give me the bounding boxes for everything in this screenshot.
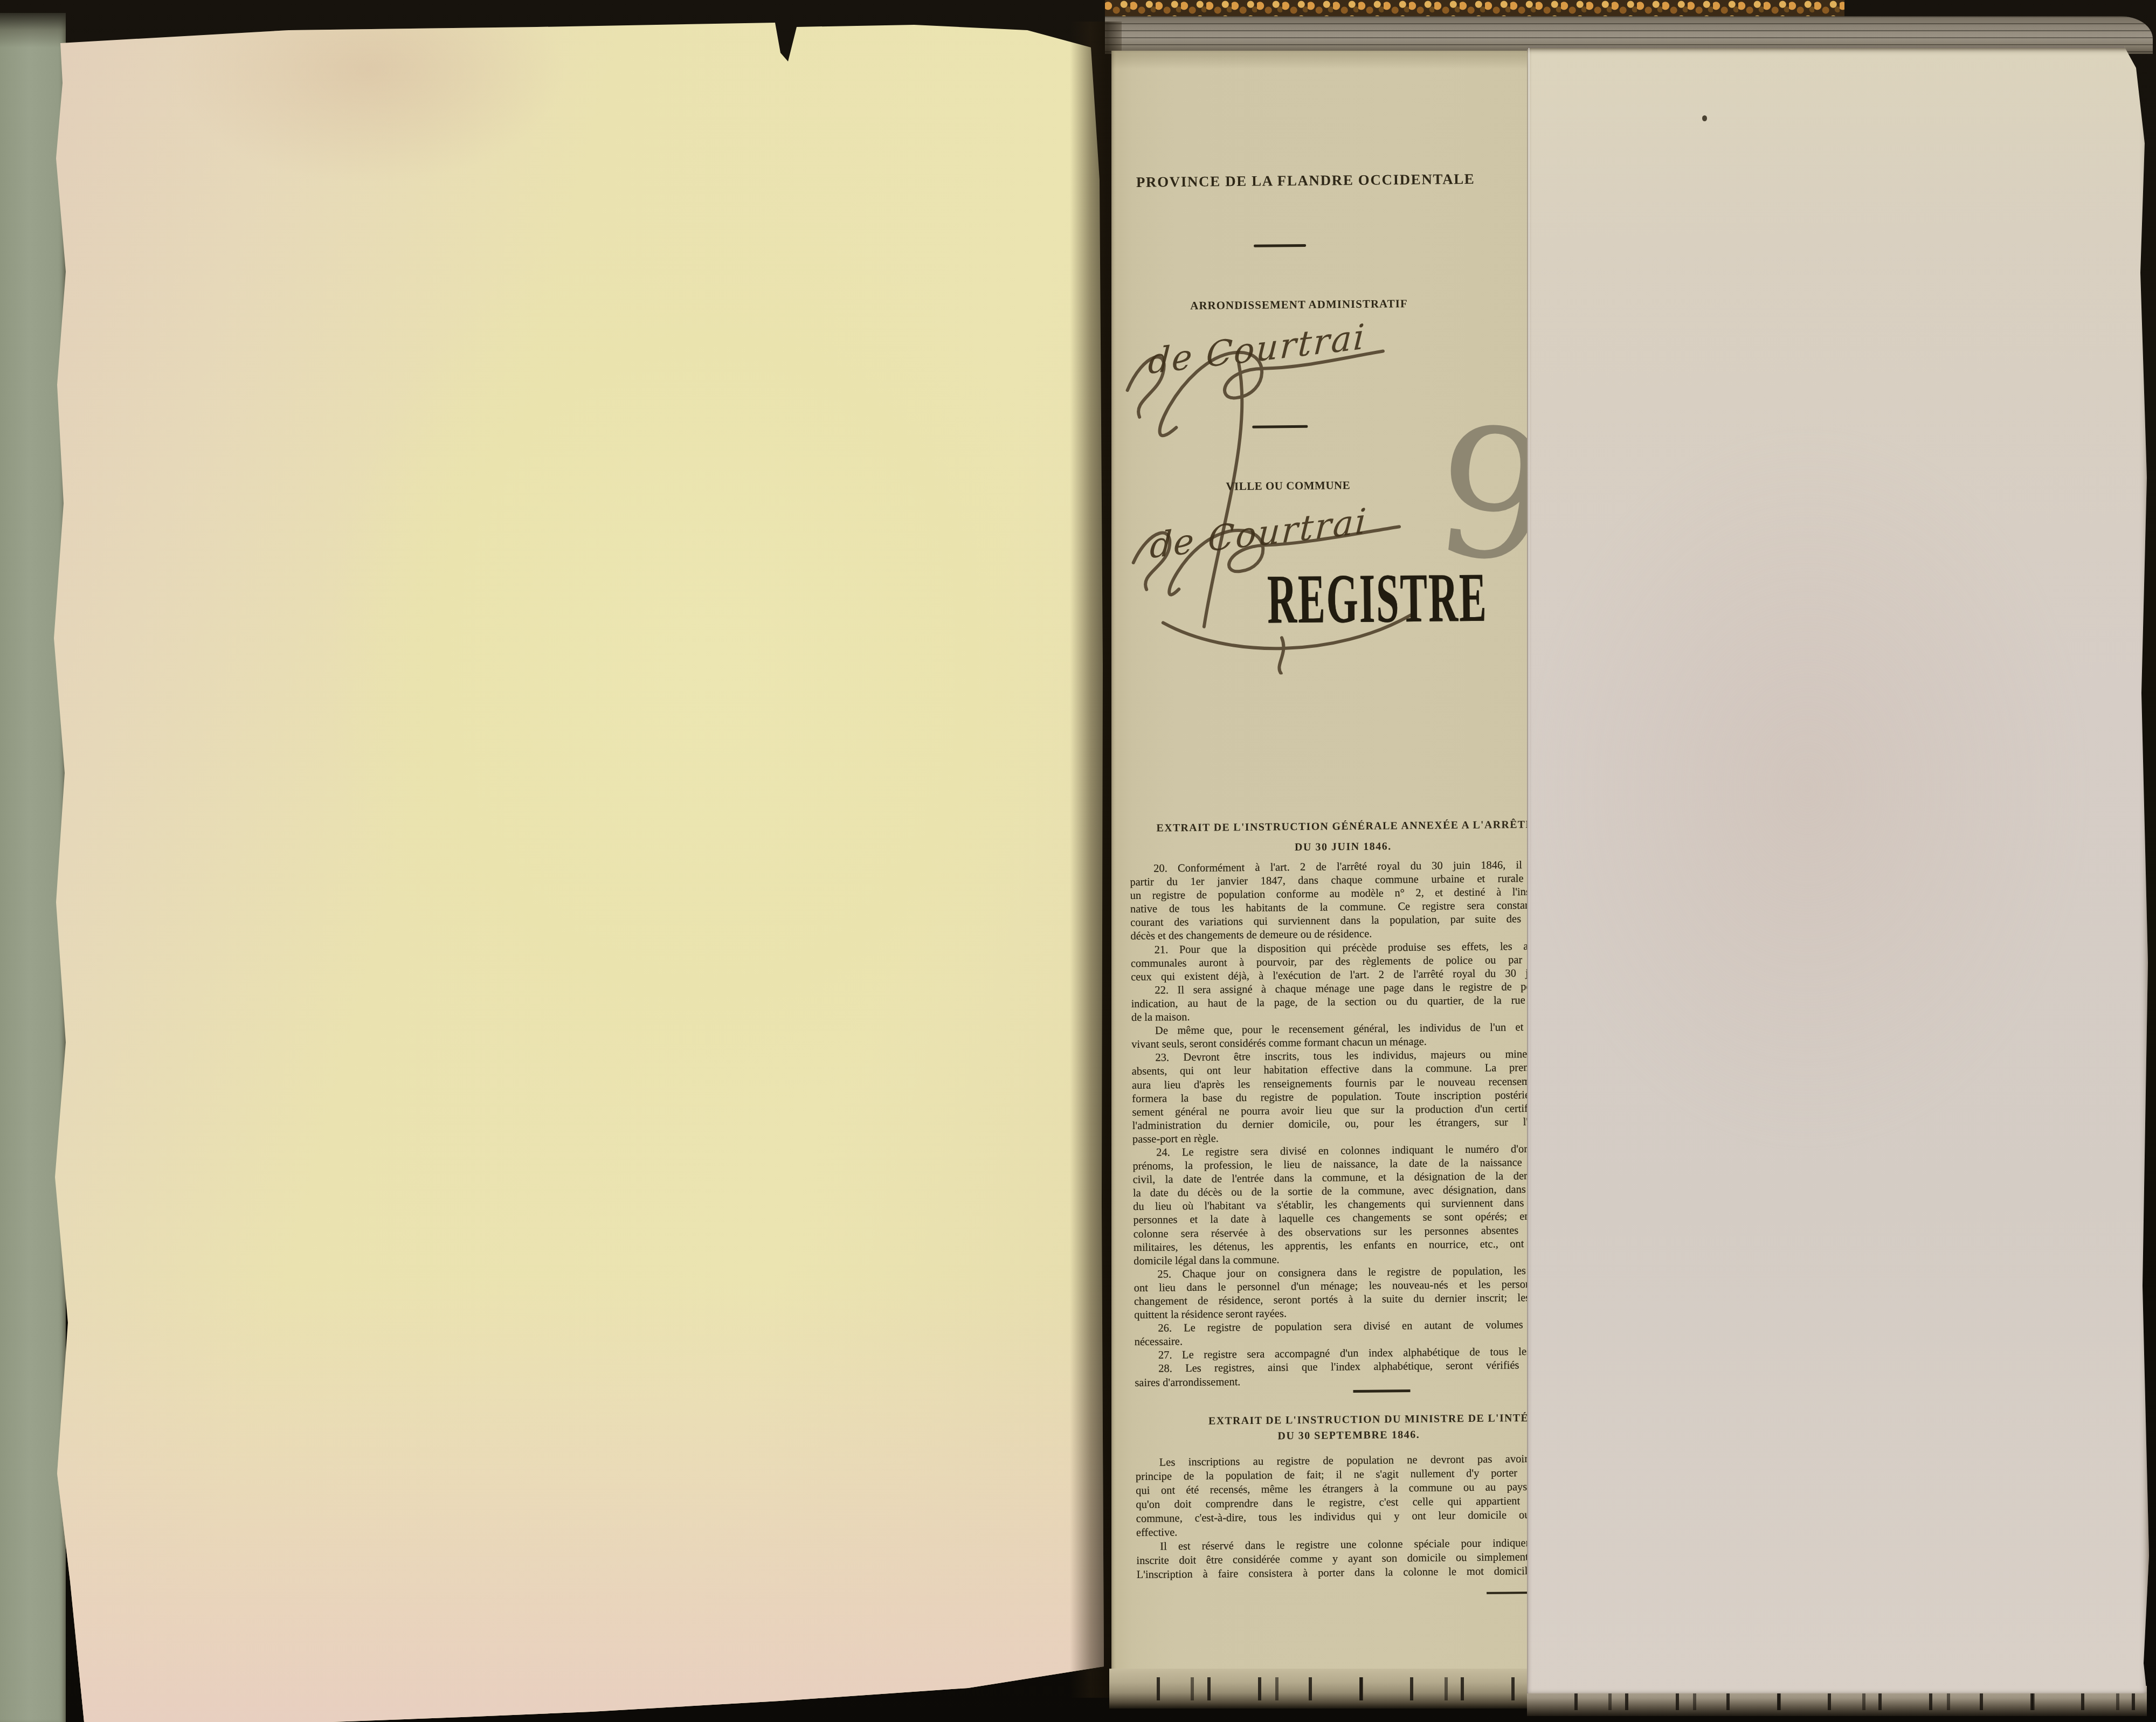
section-divider-rule: [1353, 1389, 1410, 1393]
separator-dash: [1254, 244, 1306, 247]
extract1-heading-line1: EXTRAIT DE L'INSTRUCTION GÉNÉRALE ANNEXÉ…: [1156, 819, 1533, 835]
extract2-heading-line1: EXTRAIT DE L'INSTRUCTION DU MINISTRE DE …: [1208, 1412, 1550, 1428]
extract2-heading-line2: DU 30 SEPTEMBRE 1846.: [1117, 1427, 1580, 1444]
arrondissement-handwritten-value: de Courtrai: [1147, 317, 1367, 382]
extract2-body: Les inscriptions au registre de populati…: [1136, 1452, 1549, 1582]
extract1-body: 20. Conformément à l'art. 2 de l'arrêté …: [1130, 859, 1546, 1390]
arrondissement-label: ARRONDISSEMENT ADMINISTRATIF: [1190, 297, 1408, 313]
paper-speck: [1702, 115, 1707, 121]
overlapping-blank-leaf: [1527, 46, 2151, 1693]
left-cover-edge: [0, 13, 66, 1722]
separator-dash: [1252, 425, 1308, 428]
leaf-edge-highlight: [1528, 48, 1530, 1693]
register-title: REGISTRE: [1267, 557, 1488, 640]
extract1-heading-line2: DU 30 JUIN 1846.: [1111, 839, 1575, 855]
blank-left-page: [52, 18, 1108, 1722]
book-scan-spread: PROVINCE DE LA FLANDRE OCCIDENTALE ARRON…: [0, 0, 2156, 1722]
commune-label: VILLE OU COMMUNE: [1226, 479, 1350, 493]
commune-handwritten-value: de Courtrai: [1149, 501, 1369, 566]
province-heading: PROVINCE DE LA FLANDRE OCCIDENTALE: [1136, 171, 1475, 191]
